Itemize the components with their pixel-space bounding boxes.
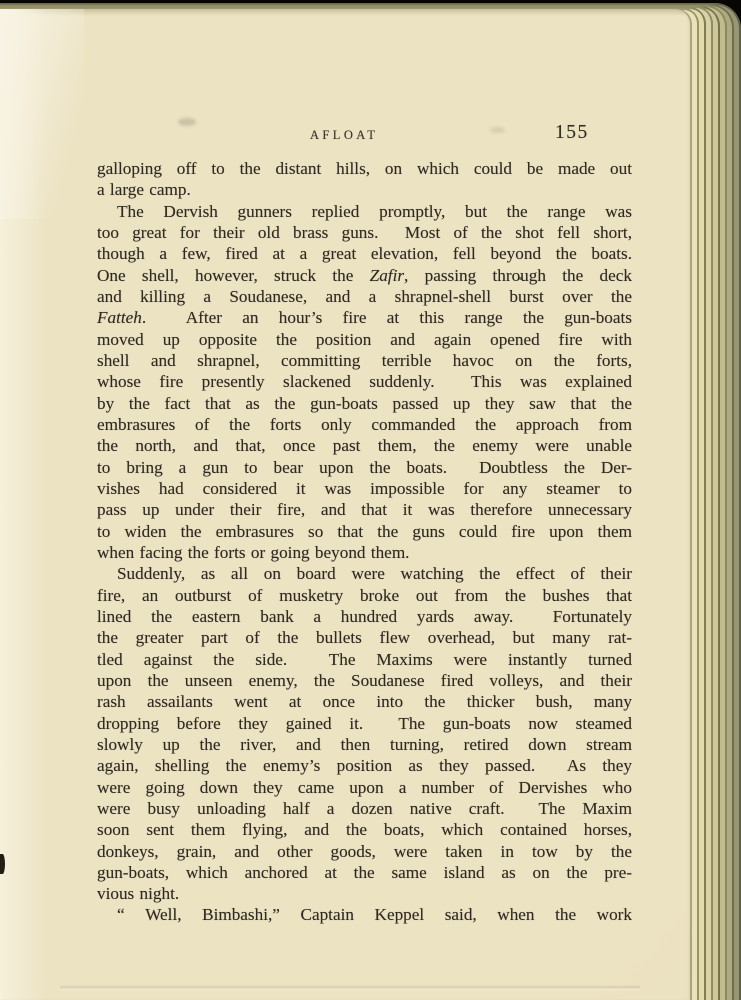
running-title: AFLOAT xyxy=(310,128,378,143)
text-line: “ Well, Bimbashi,” Captain Keppel said, … xyxy=(97,904,632,925)
text-line: to widen the embrasures so that the guns… xyxy=(97,521,632,542)
text-line: vishes had considered it was impossible … xyxy=(97,478,632,499)
text-line: though a few, fired at a great elevation… xyxy=(97,243,632,264)
text-line: dropping before they gained it. The gun-… xyxy=(97,713,632,734)
text-line: by the fact that as the gun-boats passed… xyxy=(97,393,632,414)
text-line: too great for their old brass guns. Most… xyxy=(97,222,632,243)
text-line: a large camp. xyxy=(97,179,632,200)
paper-crease xyxy=(60,985,640,991)
paper-smudge xyxy=(490,127,505,133)
text-line: The Dervish gunners replied promptly, bu… xyxy=(97,201,632,222)
text-line: when facing the forts or going beyond th… xyxy=(97,542,632,563)
text-line: Fatteh. After an hour’s fire at this ran… xyxy=(97,307,632,328)
text-line: gun-boats, which anchored at the same is… xyxy=(97,862,632,883)
text-line: the greater part of the bullets flew ove… xyxy=(97,627,632,648)
page-number: 155 xyxy=(555,122,589,144)
text-line: galloping off to the distant hills, on w… xyxy=(97,158,632,179)
text-line: vious night. xyxy=(97,883,632,904)
text-line: rash assailants went at once into the th… xyxy=(97,691,632,712)
page-header: AFLOAT 155 xyxy=(97,125,632,145)
text-line: and killing a Soudanese, and a shrapnel-… xyxy=(97,286,632,307)
text-line: moved up opposite the position and again… xyxy=(97,329,632,350)
text-line: fire, an outburst of musketry broke out … xyxy=(97,585,632,606)
text-line: were going down they came upon a number … xyxy=(97,777,632,798)
page-corner-highlight xyxy=(0,9,84,219)
book-scan: AFLOAT 155 galloping off to the distant … xyxy=(0,0,741,1000)
text-line: embrasures of the forts only commanded t… xyxy=(97,414,632,435)
text-line: donkeys, grain, and other goods, were ta… xyxy=(97,841,632,862)
text-line: lined the eastern bank a hundred yards a… xyxy=(97,606,632,627)
scan-background: { "header": { "title": "AFLOAT", "page_n… xyxy=(0,0,741,1000)
paper-smudge xyxy=(178,118,196,126)
text-line: tled against the side. The Maxims were i… xyxy=(97,649,632,670)
text-line: upon the unseen enemy, the Soudanese fir… xyxy=(97,670,632,691)
book-page: AFLOAT 155 galloping off to the distant … xyxy=(0,9,692,1000)
text-line: pass up under their fire, and that it wa… xyxy=(97,499,632,520)
text-line: slowly up the river, and then turning, r… xyxy=(97,734,632,755)
ink-speck xyxy=(519,277,522,280)
text-line: shell and shrapnel, committing terrible … xyxy=(97,350,632,371)
text-line: again, shelling the enemy’s position as … xyxy=(97,755,632,776)
text-line: were busy unloading half a dozen native … xyxy=(97,798,632,819)
edge-mark xyxy=(0,854,5,874)
text-line: soon sent them flying, and the boats, wh… xyxy=(97,819,632,840)
text-lines: galloping off to the distant hills, on w… xyxy=(97,158,632,926)
text-line: Suddenly, as all on board were watching … xyxy=(97,563,632,584)
text-line: to bring a gun to bear upon the boats. D… xyxy=(97,457,632,478)
text-line: whose fire presently slackened suddenly.… xyxy=(97,371,632,392)
text-line: the north, and that, once past them, the… xyxy=(97,435,632,456)
text-line: One shell, however, struck the Zafir, pa… xyxy=(97,265,632,286)
